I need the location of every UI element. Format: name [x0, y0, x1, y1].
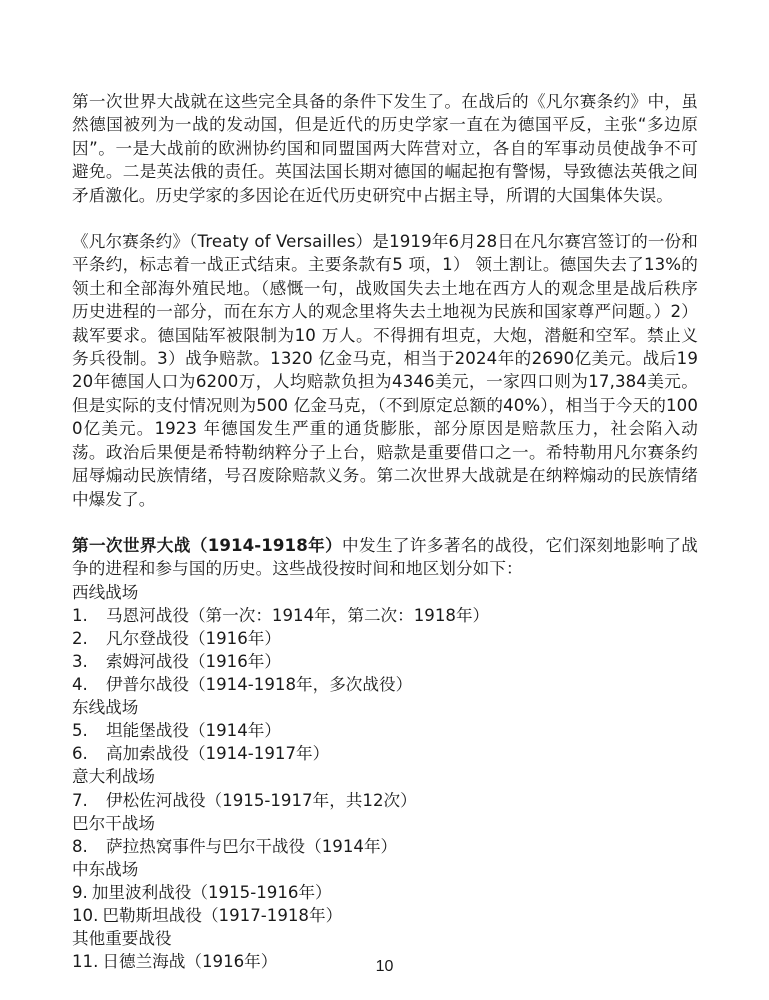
- intro-bold-title: 第一次世界大战（1914-1918年）: [72, 536, 342, 555]
- list-item: 6.高加索战役（1914-1917年）: [72, 742, 698, 765]
- item-number: 4.: [72, 673, 106, 696]
- item-text: 坦能堡战役（1914年）: [106, 721, 281, 740]
- item-text: 伊普尔战役（1914-1918年，多次战役）: [106, 675, 412, 694]
- item-text: 萨拉热窝事件与巴尔干战役（1914年）: [106, 837, 397, 856]
- item-number: 2.: [72, 627, 106, 650]
- list-item: 1.马恩河战役（第一次：1914年，第二次：1918年）: [72, 604, 698, 627]
- item-number: 1.: [72, 604, 106, 627]
- item-number: 9.: [72, 881, 88, 904]
- item-number: 5.: [72, 719, 106, 742]
- section-heading-middle-east-front: 中东战场: [72, 858, 698, 881]
- list-item: 2.凡尔登战役（1916年）: [72, 627, 698, 650]
- item-text: 凡尔登战役（1916年）: [106, 629, 281, 648]
- item-text: 索姆河战役（1916年）: [106, 652, 281, 671]
- item-text: 巴勒斯坦战役（1917-1918年）: [102, 906, 342, 925]
- item-number: 6.: [72, 742, 106, 765]
- battle-list: 西线战场 1.马恩河战役（第一次：1914年，第二次：1918年） 2.凡尔登战…: [72, 581, 698, 974]
- paragraph-battles-intro: 第一次世界大战（1914-1918年）中发生了许多著名的战役，它们深刻地影响了战…: [72, 534, 698, 581]
- item-number: 3.: [72, 650, 106, 673]
- section-heading-balkan-front: 巴尔干战场: [72, 812, 698, 835]
- item-text: 马恩河战役（第一次：1914年，第二次：1918年）: [106, 606, 489, 625]
- list-item: 7.伊松佐河战役（1915-1917年，共12次）: [72, 789, 698, 812]
- item-text: 加里波利战役（1915-1916年）: [92, 883, 332, 902]
- item-text: 伊松佐河战役（1915-1917年，共12次）: [106, 791, 417, 810]
- section-heading-other-battles: 其他重要战役: [72, 927, 698, 950]
- list-item: 10.巴勒斯坦战役（1917-1918年）: [72, 904, 698, 927]
- item-number: 10.: [72, 904, 98, 927]
- paragraph-causes: 第一次世界大战就在这些完全具备的条件下发生了。在战后的《凡尔赛条约》中，虽然德国…: [72, 90, 698, 207]
- section-heading-eastern-front: 东线战场: [72, 696, 698, 719]
- list-item: 4.伊普尔战役（1914-1918年，多次战役）: [72, 673, 698, 696]
- item-number: 7.: [72, 789, 106, 812]
- list-item: 9.加里波利战役（1915-1916年）: [72, 881, 698, 904]
- list-item: 5.坦能堡战役（1914年）: [72, 719, 698, 742]
- item-number: 8.: [72, 835, 106, 858]
- page-number: 10: [0, 958, 769, 976]
- paragraph-versailles-treaty: 《凡尔赛条约》（Treaty of Versailles）是1919年6月28日…: [72, 230, 698, 511]
- list-item: 3.索姆河战役（1916年）: [72, 650, 698, 673]
- section-heading-italian-front: 意大利战场: [72, 765, 698, 788]
- document-page: 第一次世界大战就在这些完全具备的条件下发生了。在战后的《凡尔赛条约》中，虽然德国…: [72, 90, 698, 973]
- section-heading-western-front: 西线战场: [72, 581, 698, 604]
- item-text: 高加索战役（1914-1917年）: [106, 744, 329, 763]
- list-item: 8.萨拉热窝事件与巴尔干战役（1914年）: [72, 835, 698, 858]
